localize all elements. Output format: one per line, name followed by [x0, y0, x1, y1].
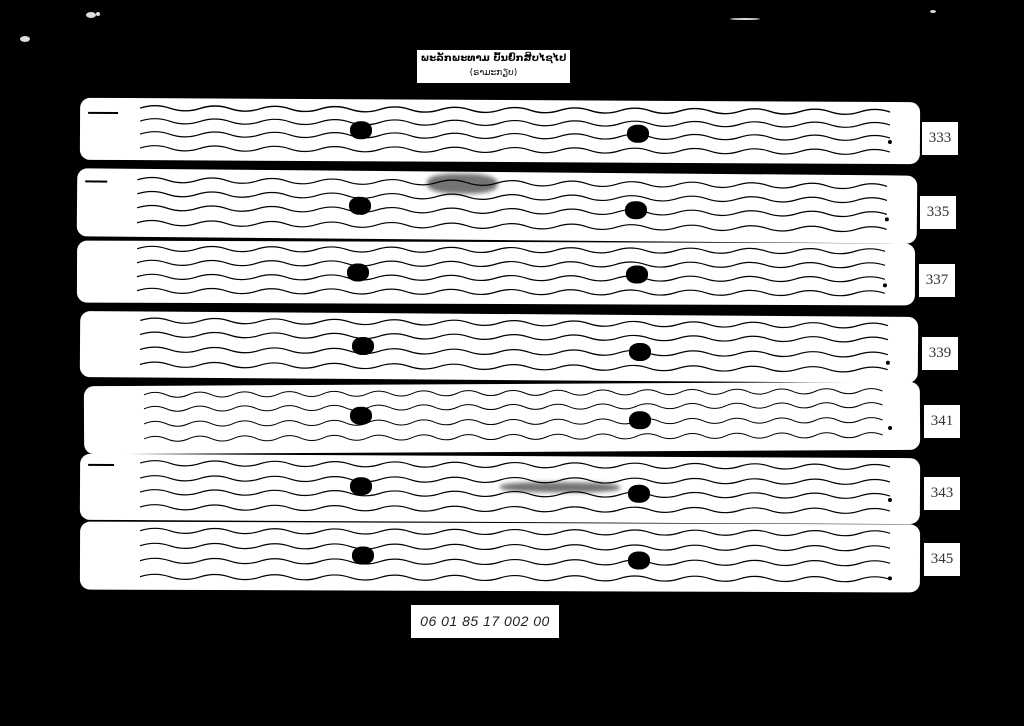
script-line: [137, 203, 887, 220]
script-line: [140, 129, 890, 143]
page-number-label: 339: [922, 337, 958, 370]
leaf-dot: [888, 498, 892, 502]
page-number-label: 333: [922, 122, 958, 155]
script-line: [144, 415, 890, 429]
palm-leaf-345: [80, 522, 920, 593]
binding-hole: [628, 551, 650, 569]
page-number-label: 345: [924, 543, 960, 576]
page-number-label: 335: [920, 196, 956, 229]
leaf-dot: [883, 283, 887, 287]
script-line: [137, 258, 885, 271]
script-line: [137, 286, 885, 299]
script-line: [140, 556, 890, 569]
margin-mark: [88, 464, 114, 466]
binding-hole: [352, 337, 374, 355]
palm-leaf-339: [80, 311, 918, 383]
leaf-dot: [886, 361, 890, 365]
script-line: [140, 502, 890, 516]
script-line: [140, 526, 890, 539]
script-line: [140, 329, 888, 344]
palm-leaf-335: [77, 168, 918, 243]
palm-leaf-343: [80, 454, 920, 524]
film-speck: [730, 18, 760, 20]
script-line: [137, 272, 885, 285]
script-line: [140, 572, 890, 585]
ink-smudge: [500, 482, 620, 493]
page-number-label: 341: [924, 405, 960, 438]
title-label: ພະລັກພະທາມ ບົ້ນຍົກສິບໄຊໄປ (ຣາມະກຽບ): [417, 50, 570, 83]
binding-hole: [627, 125, 649, 143]
leaf-dot: [888, 426, 892, 430]
page-number-label: 343: [924, 477, 960, 510]
film-speck: [930, 10, 936, 13]
script-line: [144, 386, 890, 400]
script-line: [144, 400, 890, 414]
film-speck: [86, 12, 96, 18]
ink-smudge: [427, 173, 497, 194]
script-line: [140, 315, 888, 330]
film-speck: [20, 36, 30, 42]
binding-hole: [629, 343, 651, 361]
script-line: [140, 102, 890, 116]
title-line-1: ພະລັກພະທາມ ບົ້ນຍົກສິບໄຊໄປ: [417, 52, 570, 66]
binding-hole: [626, 265, 648, 283]
script-line: [137, 244, 885, 257]
binding-hole: [628, 485, 650, 503]
margin-mark: [85, 180, 107, 182]
script-line: [140, 143, 890, 157]
binding-hole: [350, 121, 372, 139]
binding-hole: [347, 263, 369, 281]
binding-hole: [350, 477, 372, 495]
reference-number: 06 01 85 17 002 00: [411, 605, 559, 638]
palm-leaf-337: [77, 241, 915, 306]
page-number-label: 337: [919, 264, 955, 297]
title-line-2: (ຣາມະກຽບ): [417, 66, 570, 80]
script-line: [140, 359, 888, 374]
script-line: [140, 541, 890, 554]
binding-hole: [350, 407, 372, 425]
leaf-dot: [888, 576, 892, 580]
binding-hole: [625, 201, 647, 219]
film-speck: [96, 12, 100, 16]
script-line: [140, 344, 888, 359]
script-line: [140, 116, 890, 130]
binding-hole: [629, 411, 651, 429]
binding-hole: [352, 546, 374, 564]
binding-hole: [349, 197, 371, 215]
script-line: [137, 218, 887, 235]
script-line: [144, 430, 890, 444]
palm-leaf-333: [80, 98, 920, 164]
leaf-dot: [888, 140, 892, 144]
palm-leaf-341: [84, 382, 920, 454]
script-line: [140, 458, 890, 472]
leaf-dot: [885, 217, 889, 221]
margin-mark: [88, 112, 118, 114]
